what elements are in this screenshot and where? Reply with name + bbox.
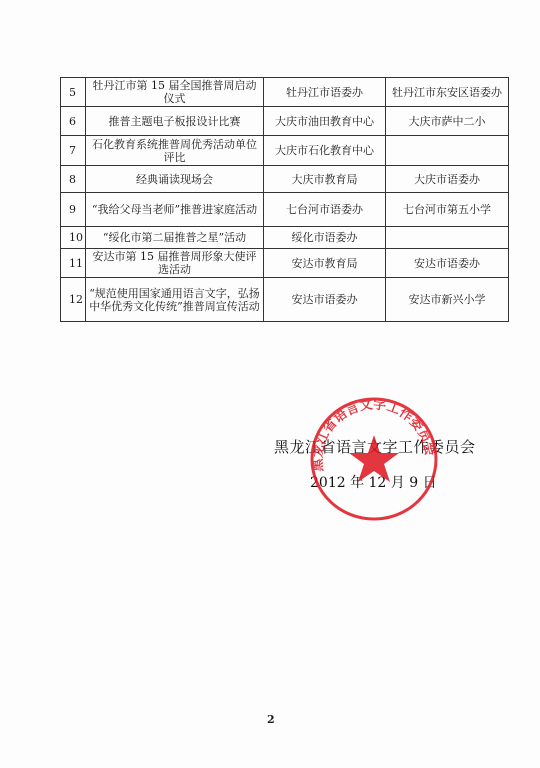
row-number: 10 xyxy=(61,227,86,249)
organizer: 安达市语委办 xyxy=(264,278,386,322)
organizer: 七台河市语委办 xyxy=(264,193,386,227)
official-seal-icon: 黑龙江省语言文字工作委员会 xyxy=(302,395,452,523)
row-number: 5 xyxy=(61,78,86,107)
co-organizer xyxy=(386,136,509,166)
co-organizer: 大庆市萨中二小 xyxy=(386,107,509,136)
activity-name: 经典诵读现场会 xyxy=(86,166,264,193)
co-organizer: 大庆市语委办 xyxy=(386,166,509,193)
organizer: 大庆市油田教育中心 xyxy=(264,107,386,136)
co-organizer: 牡丹江市东安区语委办 xyxy=(386,78,509,107)
table-row: 12 “规范使用国家通用语言文字，弘扬中华优秀文化传统”推普周宣传活动 安达市语… xyxy=(61,278,509,322)
co-organizer: 安达市新兴小学 xyxy=(386,278,509,322)
co-organizer: 安达市语委办 xyxy=(386,249,509,278)
table-row: 8 经典诵读现场会 大庆市教育局 大庆市语委办 xyxy=(61,166,509,193)
co-organizer xyxy=(386,227,509,249)
row-number: 7 xyxy=(61,136,86,166)
activity-name: “我给父母当老师”推普进家庭活动 xyxy=(86,193,264,227)
organizer: 大庆市石化教育中心 xyxy=(264,136,386,166)
activity-name: 牡丹江市第 15 届全国推普周启动仪式 xyxy=(86,78,264,107)
organizer: 大庆市教育局 xyxy=(264,166,386,193)
row-number: 9 xyxy=(61,193,86,227)
organizer: 牡丹江市语委办 xyxy=(264,78,386,107)
page-number: 2 xyxy=(267,713,275,726)
table-row: 6 推普主题电子板报设计比赛 大庆市油田教育中心 大庆市萨中二小 xyxy=(61,107,509,136)
row-number: 6 xyxy=(61,107,86,136)
table-row: 7 石化教育系统推普周优秀活动单位评比 大庆市石化教育中心 xyxy=(61,136,509,166)
activity-name: 石化教育系统推普周优秀活动单位评比 xyxy=(86,136,264,166)
issue-date: 2012 年 12 月 9 日 xyxy=(310,472,437,492)
table-row: 10 “绥化市第二届推普之星”活动 绥化市语委办 xyxy=(61,227,509,249)
svg-text:黑龙江省语言文字工作委员会: 黑龙江省语言文字工作委员会 xyxy=(310,396,438,472)
row-number: 8 xyxy=(61,166,86,193)
activity-name: “规范使用国家通用语言文字，弘扬中华优秀文化传统”推普周宣传活动 xyxy=(86,278,264,322)
row-number: 11 xyxy=(61,249,86,278)
organizer: 绥化市语委办 xyxy=(264,227,386,249)
table-row: 11 安达市第 15 届推普周形象大使评选活动 安达市教育局 安达市语委办 xyxy=(61,249,509,278)
co-organizer: 七台河市第五小学 xyxy=(386,193,509,227)
issuer-signature: 黑龙江省语言文字工作委员会 xyxy=(274,436,476,457)
activity-name: 推普主题电子板报设计比赛 xyxy=(86,107,264,136)
row-number: 12 xyxy=(61,278,86,322)
activity-name: “绥化市第二届推普之星”活动 xyxy=(86,227,264,249)
organizer: 安达市教育局 xyxy=(264,249,386,278)
activity-name: 安达市第 15 届推普周形象大使评选活动 xyxy=(86,249,264,278)
table-row: 5 牡丹江市第 15 届全国推普周启动仪式 牡丹江市语委办 牡丹江市东安区语委办 xyxy=(61,78,509,107)
table-row: 9 “我给父母当老师”推普进家庭活动 七台河市语委办 七台河市第五小学 xyxy=(61,193,509,227)
activity-table: 5 牡丹江市第 15 届全国推普周启动仪式 牡丹江市语委办 牡丹江市东安区语委办… xyxy=(60,77,509,322)
